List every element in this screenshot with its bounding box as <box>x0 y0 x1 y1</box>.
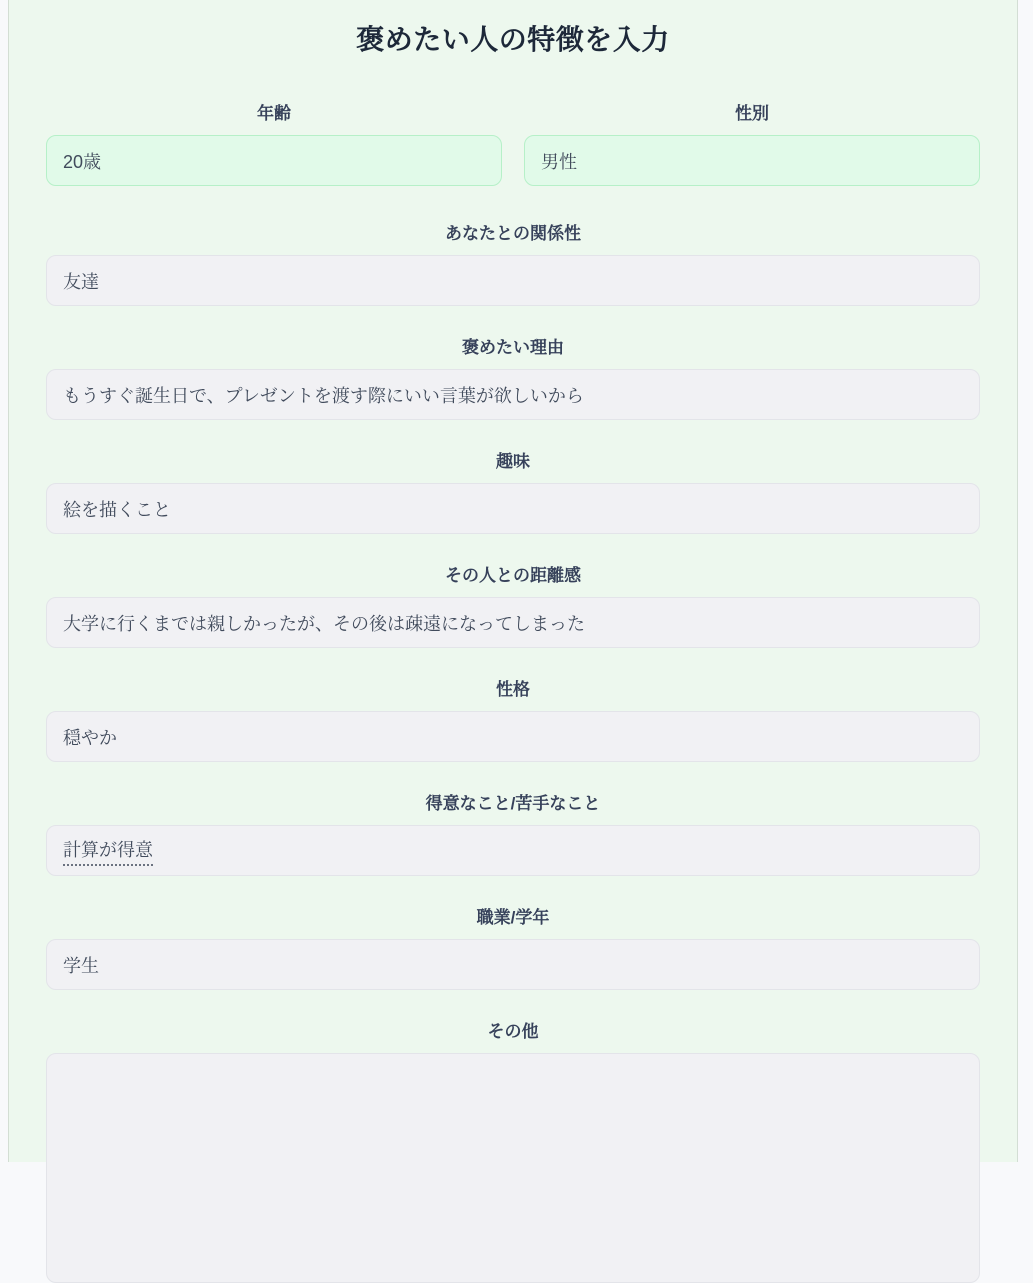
age-label: 年齢 <box>46 103 502 124</box>
distance-field-group: その人との距離感 <box>46 565 980 648</box>
hobby-field-group: 趣味 <box>46 451 980 534</box>
reason-field-group: 褒めたい理由 <box>46 337 980 420</box>
other-textarea[interactable] <box>46 1053 980 1162</box>
occupation-input[interactable] <box>46 939 980 990</box>
page-title: 褒めたい人の特徴を入力 <box>46 0 980 57</box>
relationship-field-group: あなたとの関係性 <box>46 223 980 306</box>
other-field-group: その他 <box>46 1021 980 1162</box>
personality-field-group: 性格 <box>46 679 980 762</box>
gender-label: 性別 <box>524 103 980 124</box>
skills-input-value: 計算が得意 <box>63 836 153 866</box>
age-gender-row: 年齢 性別 <box>46 103 980 186</box>
relationship-input[interactable] <box>46 255 980 306</box>
occupation-field-group: 職業/学年 <box>46 907 980 990</box>
reason-input[interactable] <box>46 369 980 420</box>
distance-label: その人との距離感 <box>46 565 980 586</box>
skills-label: 得意なこと/苦手なこと <box>46 793 980 814</box>
reason-label: 褒めたい理由 <box>46 337 980 358</box>
hobby-input[interactable] <box>46 483 980 534</box>
hobby-label: 趣味 <box>46 451 980 472</box>
age-field-group: 年齢 <box>46 103 502 186</box>
other-label: その他 <box>46 1021 980 1042</box>
gender-input[interactable] <box>524 135 980 186</box>
occupation-label: 職業/学年 <box>46 907 980 928</box>
distance-input[interactable] <box>46 597 980 648</box>
personality-input[interactable] <box>46 711 980 762</box>
form-content: 褒めたい人の特徴を入力 年齢 性別 あなたとの関係性 褒めたい理由 趣味 その人… <box>9 0 1017 1162</box>
skills-input[interactable]: 計算が得意 <box>46 825 980 876</box>
gender-field-group: 性別 <box>524 103 980 186</box>
relationship-label: あなたとの関係性 <box>46 223 980 244</box>
form-panel: 褒めたい人の特徴を入力 年齢 性別 あなたとの関係性 褒めたい理由 趣味 その人… <box>8 0 1018 1162</box>
age-input[interactable] <box>46 135 502 186</box>
personality-label: 性格 <box>46 679 980 700</box>
skills-field-group: 得意なこと/苦手なこと 計算が得意 <box>46 793 980 876</box>
